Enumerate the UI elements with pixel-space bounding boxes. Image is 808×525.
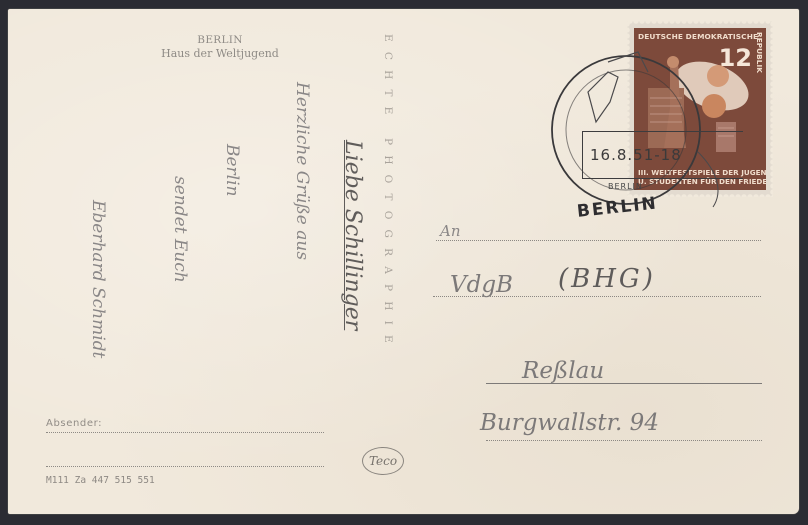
- address-street: Burgwallstr. 94: [480, 410, 659, 436]
- address-recipient: VdgB: [450, 272, 513, 298]
- stamp-country-side: REPUBLIK: [755, 32, 764, 73]
- address-recipient-org: (BHG): [558, 264, 656, 294]
- stamp-country-top: DEUTSCHE DEMOKRATISCHE: [638, 32, 758, 41]
- vertical-imprint: ECHTE PHOTOGRAPHIE: [376, 34, 396, 434]
- caption-subtitle: Haus der Weltjugend: [128, 47, 312, 61]
- postmark-city-small: BERLIN: [608, 182, 643, 191]
- sender-line-1: [46, 432, 324, 433]
- message-line-3: sendet Euch: [170, 176, 190, 283]
- photo-caption: BERLIN Haus der Weltjugend: [128, 33, 312, 61]
- message-greeting: Liebe Schillinger: [340, 140, 365, 330]
- message-line-1: Herzliche Grüße aus: [292, 82, 312, 260]
- sender-label: Absender:: [46, 418, 102, 429]
- publisher-logo: Teco: [362, 447, 404, 475]
- reference-number: M111 Za 447 515 551: [46, 475, 155, 486]
- address-rule-2: [433, 296, 761, 297]
- caption-city: BERLIN: [128, 33, 312, 47]
- vertical-imprint-text: ECHTE PHOTOGRAPHIE: [382, 34, 394, 353]
- address-rule-1: [436, 240, 761, 241]
- postmark-date: 16.8.51-18: [590, 146, 682, 164]
- address-city: Reßlau: [522, 358, 604, 384]
- address-rule-4: [486, 440, 762, 441]
- message-line-2: Berlin: [222, 144, 242, 197]
- address-city-underline: [486, 383, 762, 384]
- sender-line-2: [46, 466, 324, 467]
- message-signature: Eberhard Schmidt: [88, 200, 108, 358]
- address-prefix: An: [440, 222, 461, 240]
